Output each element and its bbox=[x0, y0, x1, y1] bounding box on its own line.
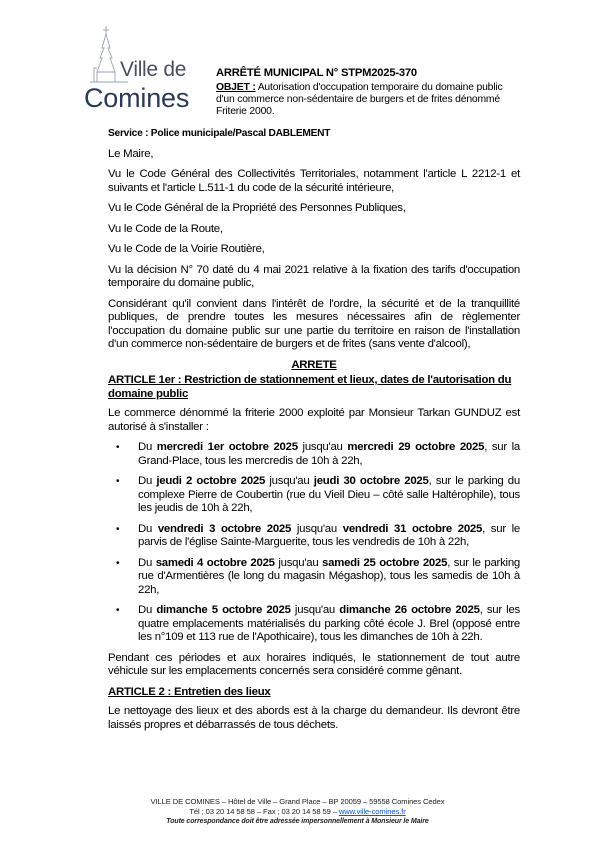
schedule-item: Du samedi 4 octobre 2025 jusqu'au samedi… bbox=[138, 557, 520, 598]
object-label: OBJET : bbox=[216, 82, 256, 93]
decree-object: OBJET : Autorisation d'occupation tempor… bbox=[216, 82, 516, 118]
article-2-title: ARTICLE 2 : Entretien des lieux bbox=[108, 686, 520, 700]
footer-address: VILLE DE COMINES – Hôtel de Ville – Gran… bbox=[0, 797, 595, 807]
vu-paragraph-5: Vu la décision N° 70 daté du 4 mai 2021 … bbox=[108, 264, 520, 291]
article-1-title: ARTICLE 1er : Restriction de stationneme… bbox=[108, 374, 520, 401]
object-text: Autorisation d'occupation temporaire du … bbox=[216, 82, 502, 117]
schedule-item: Du mercredi 1er octobre 2025 jusqu'au me… bbox=[138, 441, 520, 468]
considerant-paragraph: Considérant qu'il convient dans l'intérê… bbox=[108, 298, 520, 352]
arrete-heading: ARRETE bbox=[108, 359, 520, 373]
footer-contact: Tél ; 03 20 14 58 58 – Fax ; 03 20 14 58… bbox=[0, 807, 595, 817]
logo-ville-text: Ville de bbox=[120, 58, 186, 82]
article-1-outro: Pendant ces périodes et aux horaires ind… bbox=[108, 652, 520, 679]
service-line: Service : Police municipale/Pascal DABLE… bbox=[108, 127, 520, 141]
decree-title: ARRÊTÉ MUNICIPAL N° STPM2025-370 bbox=[216, 66, 516, 80]
document-body: Service : Police municipale/Pascal DABLE… bbox=[108, 127, 520, 739]
decree-header: ARRÊTÉ MUNICIPAL N° STPM2025-370 OBJET :… bbox=[216, 66, 516, 118]
maire-line: Le Maire, bbox=[108, 148, 520, 162]
website-link[interactable]: www.ville-comines.fr bbox=[339, 807, 406, 816]
vu-paragraph-4: Vu le Code de la Voirie Routière, bbox=[108, 243, 520, 257]
footer-note: Toute correspondance doit être adressée … bbox=[0, 817, 595, 827]
schedule-list: Du mercredi 1er octobre 2025 jusqu'au me… bbox=[108, 441, 520, 645]
article-2-text: Le nettoyage des lieux et des abords est… bbox=[108, 705, 520, 732]
vu-paragraph-2: Vu le Code Général de la Propriété des P… bbox=[108, 202, 520, 216]
page-footer: VILLE DE COMINES – Hôtel de Ville – Gran… bbox=[0, 797, 595, 827]
city-logo: Ville de Comines bbox=[80, 24, 210, 114]
logo-comines-text: Comines bbox=[84, 83, 189, 114]
schedule-item: Du dimanche 5 octobre 2025 jusqu'au dima… bbox=[138, 604, 520, 645]
schedule-item: Du jeudi 2 octobre 2025 jusqu'au jeudi 3… bbox=[138, 475, 520, 516]
vu-paragraph-3: Vu le Code de la Route, bbox=[108, 223, 520, 237]
vu-paragraph-1: Vu le Code Général des Collectivités Ter… bbox=[108, 168, 520, 195]
schedule-item: Du vendredi 3 octobre 2025 jusqu'au vend… bbox=[138, 523, 520, 550]
article-1-intro: Le commerce dénommé la friterie 2000 exp… bbox=[108, 407, 520, 434]
